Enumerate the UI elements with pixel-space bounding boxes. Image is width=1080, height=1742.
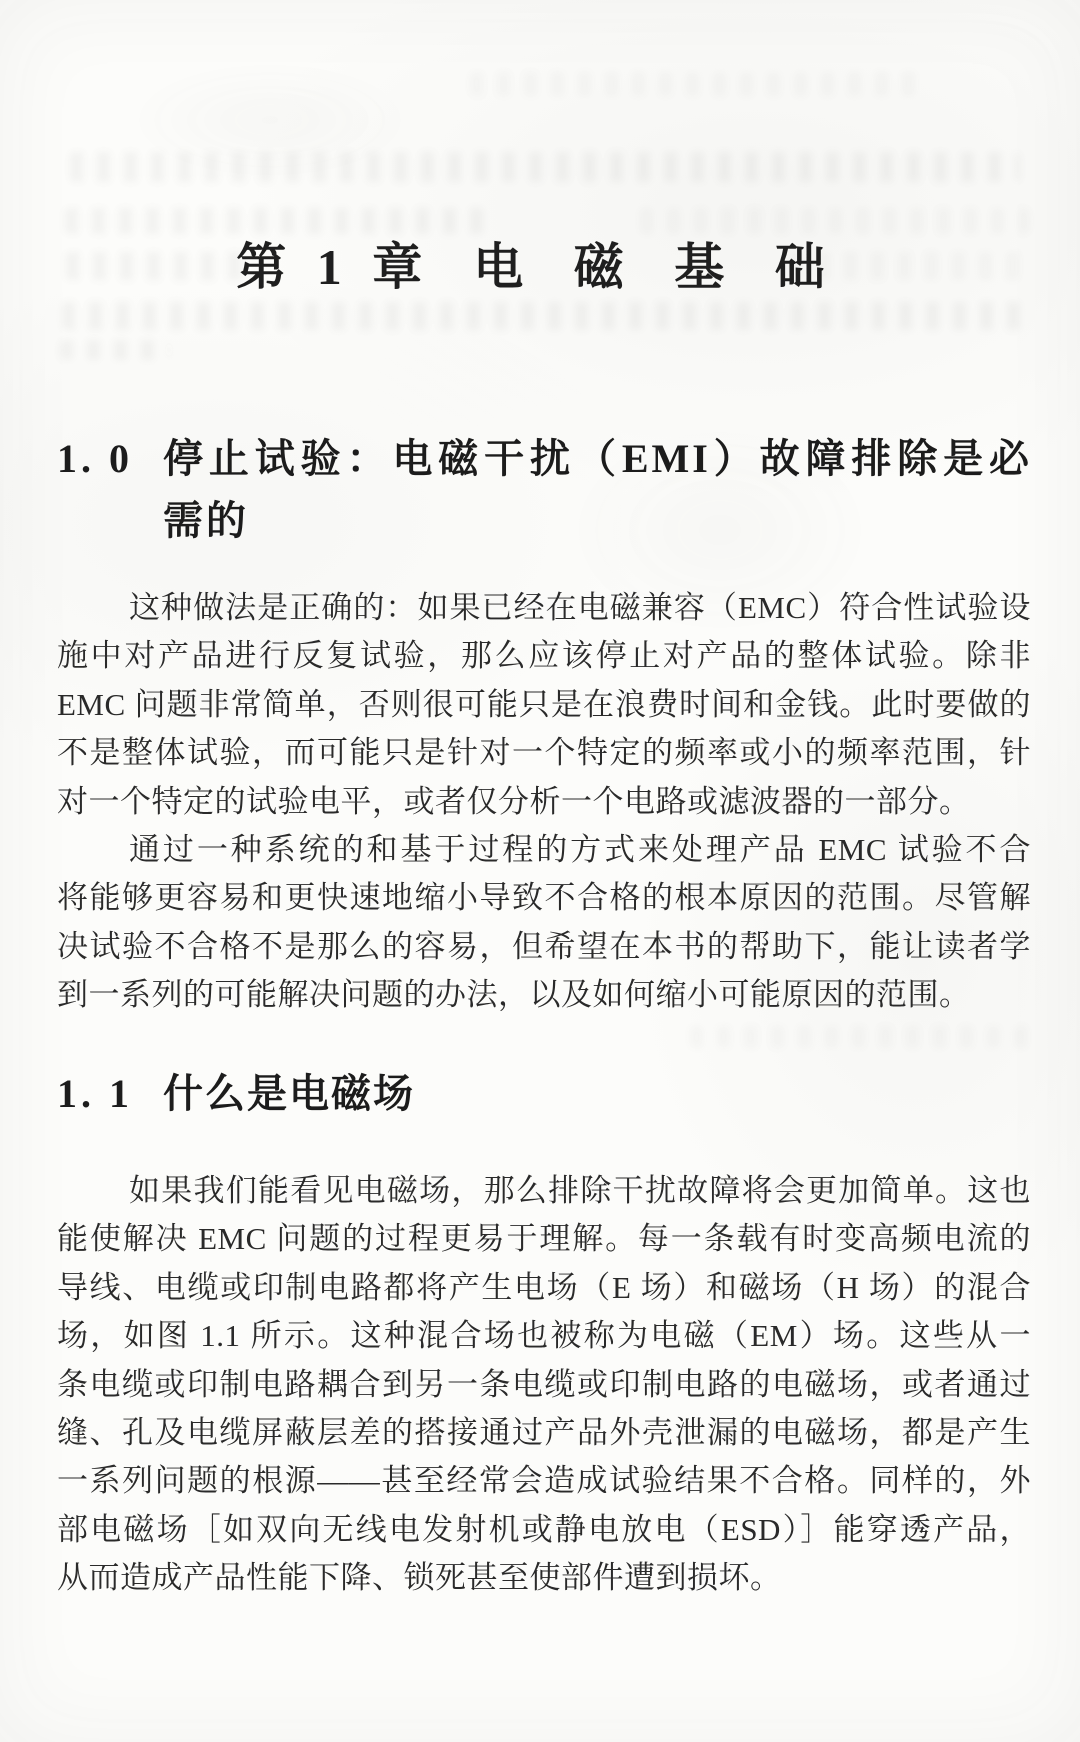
text-line: 到一系列的可能解决问题的办法，以及如何缩小可能原因的范围。	[57, 971, 1031, 1019]
section-number: 1. 1	[57, 1063, 163, 1125]
bleedthrough-artifact	[470, 72, 920, 96]
bleedthrough-artifact	[120, 60, 420, 180]
text-line: 一系列问题的根源——甚至经常会造成试验结果不合格。同样的，外	[57, 1457, 1031, 1505]
section-number-spacer	[57, 490, 163, 552]
section-heading-text: 需的	[163, 490, 1032, 552]
text-line: 这种做法是正确的：如果已经在电磁兼容（EMC）符合性试验设	[57, 584, 1031, 632]
text-line: 将能够更容易和更快速地缩小导致不合格的根本原因的范围。尽管解	[57, 874, 1031, 922]
section-heading-text: 什么是电磁场	[163, 1063, 1032, 1125]
section-1-1-heading: 1. 1 什么是电磁场	[57, 1063, 1032, 1125]
bleedthrough-artifact	[640, 208, 1030, 234]
scanned-book-page: 第 1 章电 磁 基 础 1. 0 停止试验：电磁干扰（EMI）故障排除是必 需…	[0, 0, 1080, 1742]
section-number: 1. 0	[57, 428, 163, 490]
section-heading-line: 1. 0 停止试验：电磁干扰（EMI）故障排除是必	[57, 428, 1032, 490]
body-text-column: 这种做法是正确的：如果已经在电磁兼容（EMC）符合性试验设 施中对产品进行反复试…	[57, 584, 1031, 1020]
text-line: 不是整体试验，而可能只是针对一个特定的频率或小的频率范围，针	[57, 729, 1031, 777]
chapter-number: 第 1 章	[236, 239, 431, 295]
text-line: 施中对产品进行反复试验，那么应该停止对产品的整体试验。除非	[57, 632, 1031, 680]
bleedthrough-artifact	[62, 302, 1022, 330]
text-line: 导线、电缆或印制电路都将产生电场（E 场）和磁场（H 场）的混合	[57, 1264, 1031, 1312]
paragraph: 这种做法是正确的：如果已经在电磁兼容（EMC）符合性试验设 施中对产品进行反复试…	[57, 584, 1031, 826]
paragraph: 如果我们能看见电磁场，那么排除干扰故障将会更加简单。这也 能使解决 EMC 问题…	[57, 1167, 1031, 1603]
text-line: 如果我们能看见电磁场，那么排除干扰故障将会更加简单。这也	[57, 1167, 1031, 1215]
chapter-heading: 第 1 章电 磁 基 础	[0, 238, 1080, 296]
chapter-title: 电 磁 基 础	[473, 239, 844, 295]
section-1-0-heading: 1. 0 停止试验：电磁干扰（EMI）故障排除是必 需的	[57, 428, 1032, 552]
text-line: 部电磁场［如双向无线电发射机或静电放电（ESD）］能穿透产品，	[57, 1506, 1031, 1554]
text-line: 对一个特定的试验电平，或者仅分析一个电路或滤波器的一部分。	[57, 778, 1031, 826]
body-text-column: 如果我们能看见电磁场，那么排除干扰故障将会更加简单。这也 能使解决 EMC 问题…	[57, 1167, 1031, 1603]
text-line: 场，如图 1.1 所示。这种混合场也被称为电磁（EM）场。这些从一	[57, 1312, 1031, 1360]
section-heading-line: 需的	[57, 490, 1032, 552]
bleedthrough-artifact	[690, 1026, 1030, 1048]
section-heading-text: 停止试验：电磁干扰（EMI）故障排除是必	[163, 428, 1032, 490]
text-line: EMC 问题非常简单，否则很可能只是在浪费时间和金钱。此时要做的	[57, 681, 1031, 729]
text-line: 决试验不合格不是那么的容易，但希望在本书的帮助下，能让读者学	[57, 923, 1031, 971]
section-heading-line: 1. 1 什么是电磁场	[57, 1063, 1032, 1125]
bleedthrough-artifact	[60, 340, 170, 360]
text-line: 从而造成产品性能下降、锁死甚至使部件遭到损坏。	[57, 1554, 1031, 1602]
bleedthrough-artifact	[70, 152, 1020, 182]
text-line: 通过一种系统的和基于过程的方式来处理产品 EMC 试验不合格，	[57, 826, 1031, 874]
paragraph: 通过一种系统的和基于过程的方式来处理产品 EMC 试验不合格， 将能够更容易和更…	[57, 826, 1031, 1020]
text-line: 能使解决 EMC 问题的过程更易于理解。每一条载有时变高频电流的	[57, 1215, 1031, 1263]
text-line: 条电缆或印制电路耦合到另一条电缆或印制电路的电磁场，或者通过	[57, 1361, 1031, 1409]
text-line: 缝、孔及电缆屏蔽层差的搭接通过产品外壳泄漏的电磁场，都是产生	[57, 1409, 1031, 1457]
bleedthrough-artifact	[65, 208, 485, 234]
